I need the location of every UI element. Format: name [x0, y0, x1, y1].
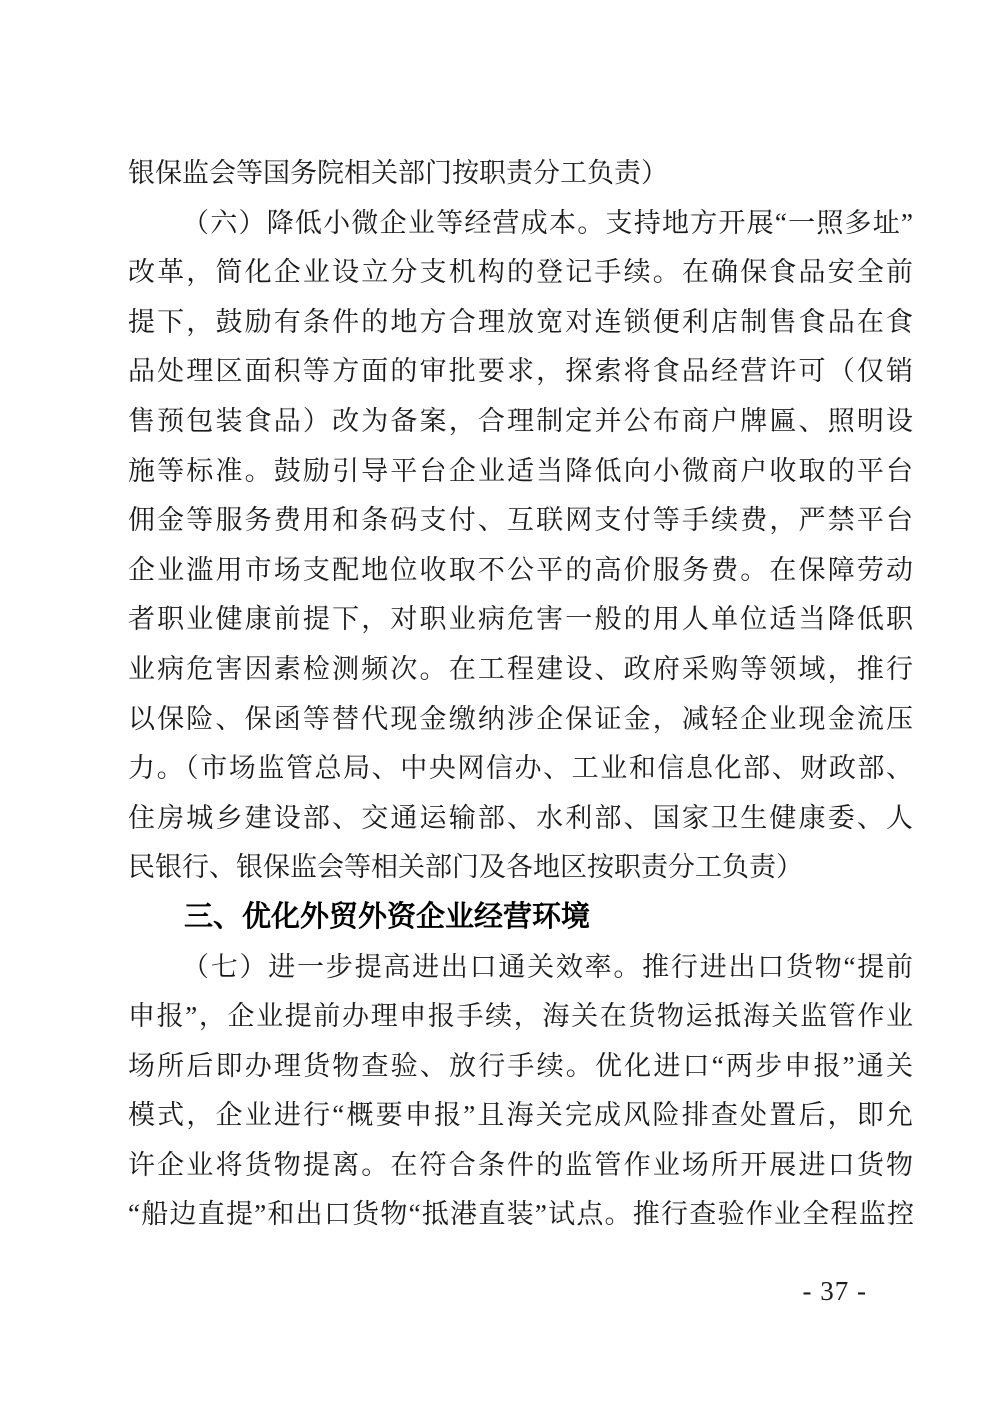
text-line: 提下，鼓励有条件的地方合理放宽对连锁便利店制售食品在食 — [128, 298, 913, 348]
text-line: 许企业将货物提离。在符合条件的监管作业场所开展进口货物 — [128, 1141, 913, 1191]
document-body: 银保监会等国务院相关部门按职责分工负责） （六）降低小微企业等经营成本。支持地方… — [128, 149, 913, 1240]
page-number: - 37 - — [803, 1276, 867, 1307]
text-line: 银保监会等国务院相关部门按职责分工负责） — [128, 149, 913, 199]
text-line: 场所后即办理货物查验、放行手续。优化进口“两步申报”通关 — [128, 1042, 913, 1092]
text-line: 业病危害因素检测频次。在工程建设、政府采购等领域，推行 — [128, 645, 913, 695]
text-line: 者职业健康前提下，对职业病危害一般的用人单位适当降低职 — [128, 595, 913, 645]
text-line: 施等标准。鼓励引导平台企业适当降低向小微商户收取的平台 — [128, 447, 913, 497]
text-line: （六）降低小微企业等经营成本。支持地方开展“一照多址” — [128, 199, 913, 249]
text-line: 住房城乡建设部、交通运输部、水利部、国家卫生健康委、人 — [128, 794, 913, 844]
text-line: 企业滥用市场支配地位收取不公平的高价服务费。在保障劳动 — [128, 546, 913, 596]
section-heading: 三、优化外贸外资企业经营环境 — [128, 893, 913, 943]
text-line: “船边直提”和出口货物“抵港直装”试点。推行查验作业全程监控 — [128, 1190, 913, 1240]
text-line: 佣金等服务费用和条码支付、互联网支付等手续费，严禁平台 — [128, 496, 913, 546]
text-line: 申报”，企业提前办理申报手续，海关在货物运抵海关监管作业 — [128, 992, 913, 1042]
text-line: 模式，企业进行“概要申报”且海关完成风险排查处置后，即允 — [128, 1091, 913, 1141]
text-line: 改革，简化企业设立分支机构的登记手续。在确保食品安全前 — [128, 248, 913, 298]
text-line: 力。（市场监管总局、中央网信办、工业和信息化部、财政部、 — [128, 744, 913, 794]
text-line: 品处理区面积等方面的审批要求，探索将食品经营许可（仅销 — [128, 347, 913, 397]
text-line: （七）进一步提高进出口通关效率。推行进出口货物“提前 — [128, 943, 913, 993]
text-line: 售预包装食品）改为备案，合理制定并公布商户牌匾、照明设 — [128, 397, 913, 447]
text-line: 以保险、保函等替代现金缴纳涉企保证金，减轻企业现金流压 — [128, 695, 913, 745]
document-page: 银保监会等国务院相关部门按职责分工负责） （六）降低小微企业等经营成本。支持地方… — [0, 0, 1000, 1414]
text-line: 民银行、银保监会等相关部门及各地区按职责分工负责） — [128, 843, 913, 893]
